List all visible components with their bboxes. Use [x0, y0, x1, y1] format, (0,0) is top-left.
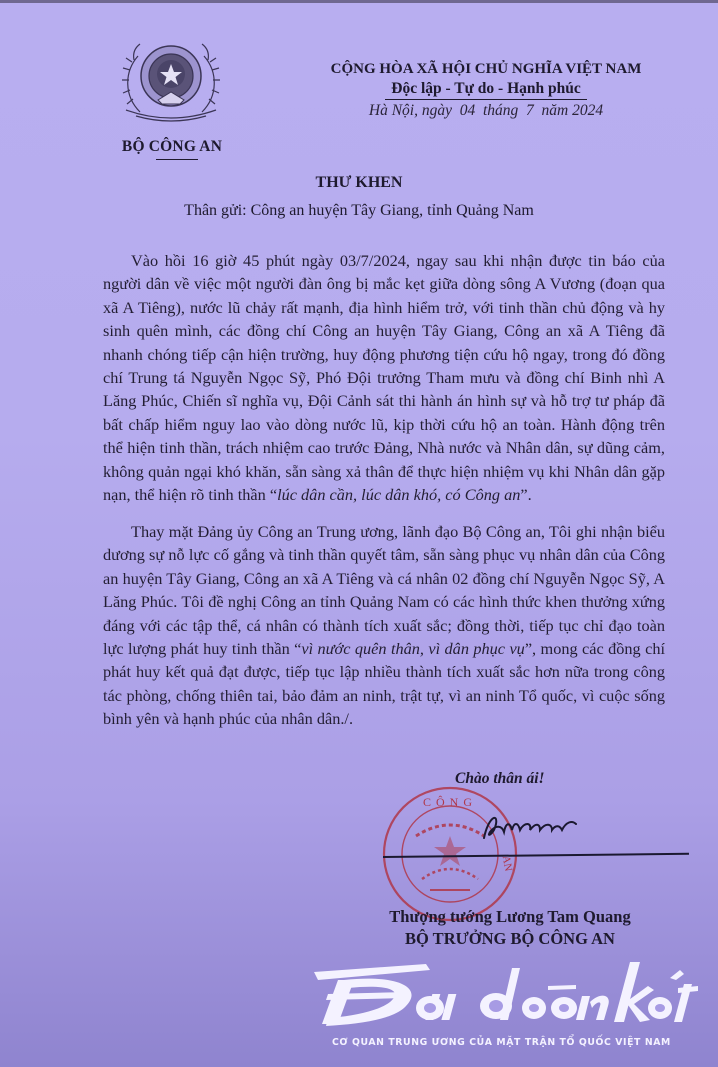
watermark-tagline: CƠ QUAN TRUNG ƯƠNG CỦA MẶT TRẬN TỔ QUỐC …: [332, 1037, 671, 1048]
body-paragraph-2: Thay mặt Đảng ủy Công an Trung ương, lãn…: [103, 520, 665, 731]
national-motto: Độc lập - Tự do - Hạnh phúc: [385, 79, 586, 100]
letter-title: THƯ KHEN: [0, 174, 718, 192]
quote-2: vì nước quên thân, vì dân phục vụ: [301, 639, 524, 658]
quote-1: lúc dân cần, lúc dân khó, có Công an: [277, 485, 520, 504]
issuing-agency: BỘ CÔNG AN: [116, 138, 228, 156]
letter-recipient: Thân gửi: Công an huyện Tây Giang, tỉnh …: [0, 202, 718, 220]
signer-name: Thượng tướng Lương Tam Quang: [345, 907, 675, 927]
svg-text:AN: AN: [500, 855, 515, 873]
police-emblem-icon: [118, 36, 224, 126]
photo-edge: [0, 0, 718, 3]
dai-doan-ket-logo-icon: Đại đoàn kết: [308, 958, 703, 1030]
signature-icon: [480, 808, 580, 848]
country-name: CỘNG HÒA XÃ HỘI CHỦ NGHĨA VIỆT NAM: [300, 60, 672, 79]
place-date: Hà Nội, ngày 04 tháng 7 năm 2024: [300, 100, 672, 122]
svg-text:CÔNG: CÔNG: [423, 795, 477, 809]
signer-title: BỘ TRƯỞNG BỘ CÔNG AN: [345, 929, 675, 949]
agency-underline: [156, 159, 198, 160]
national-header: CỘNG HÒA XÃ HỘI CHỦ NGHĨA VIỆT NAM Độc l…: [300, 60, 672, 122]
body-paragraph-1: Vào hồi 16 giờ 45 phút ngày 03/7/2024, n…: [103, 249, 665, 506]
